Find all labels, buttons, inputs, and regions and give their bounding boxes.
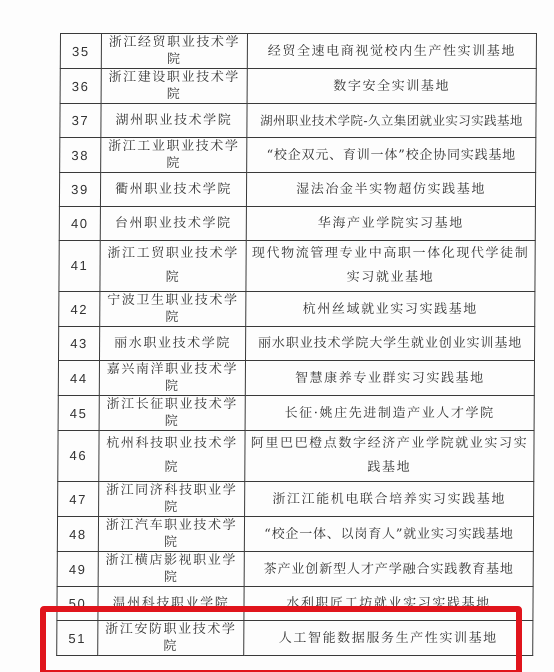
school-name: 衢州职业技术学院 — [100, 173, 246, 207]
row-number: 44 — [58, 361, 99, 396]
school-name: 湖州职业技术学院 — [101, 104, 247, 138]
base-name: 人工智能数据服务生产性实训基地 — [244, 621, 533, 656]
row-number: 36 — [60, 69, 101, 104]
school-name: 浙江安防职业技术学院 — [98, 621, 244, 656]
school-name: 浙江建设职业技术学院 — [101, 69, 247, 104]
base-name: 智慧康养专业群实习实践基地 — [245, 361, 534, 396]
row-number: 39 — [59, 173, 100, 207]
school-name: 台州职业技术学院 — [100, 207, 246, 241]
table-row: 37 湖州职业技术学院 湖州职业技术学院-久立集团就业实习实践基地 — [60, 104, 536, 138]
row-number: 49 — [57, 552, 98, 587]
row-number: 40 — [59, 207, 100, 241]
base-name: 长征·姚庄先进制造产业人才学院 — [245, 396, 534, 431]
base-name: 经贸全速电商视觉校内生产性实训基地 — [247, 34, 536, 69]
table-row: 45 浙江长征职业技术学院 长征·姚庄先进制造产业人才学院 — [58, 396, 534, 431]
row-number: 38 — [60, 138, 101, 173]
school-name: 浙江同济科技职业学院 — [99, 482, 245, 517]
table-row: 48 浙江汽车职业技术学院 “校企一体、以岗育人”就业实习实践基地 — [57, 517, 533, 552]
row-number: 35 — [60, 34, 101, 69]
school-name: 浙江经贸职业技术学院 — [101, 34, 247, 69]
table-row: 50 温州科技职业学院 水利职匠工坊就业实习实践基地 — [57, 587, 533, 621]
table-row: 40 台州职业技术学院 华海产业学院实习基地 — [59, 207, 535, 241]
row-number: 51 — [57, 621, 98, 656]
row-number: 47 — [58, 482, 99, 517]
base-name: 水利职匠工坊就业实习实践基地 — [244, 587, 533, 621]
row-number: 45 — [58, 396, 99, 431]
base-name: 丽水职业技术学院大学生就业创业实训基地 — [245, 327, 534, 361]
table-row: 43 丽水职业技术学院 丽水职业技术学院大学生就业创业实训基地 — [58, 327, 534, 361]
school-name: 浙江长征职业技术学院 — [99, 396, 245, 431]
school-name: 宁波卫生职业技术学院 — [100, 292, 246, 327]
base-name: 湿法冶金半实物超仿实践基地 — [246, 173, 535, 207]
table-row: 39 衢州职业技术学院 湿法冶金半实物超仿实践基地 — [59, 173, 535, 207]
row-number: 43 — [58, 327, 99, 361]
base-name: 数字安全实训基地 — [247, 69, 536, 104]
base-name: 湖州职业技术学院-久立集团就业实习实践基地 — [247, 104, 536, 138]
row-number: 37 — [60, 104, 101, 138]
table-row: 35 浙江经贸职业技术学院 经贸全速电商视觉校内生产性实训基地 — [60, 34, 536, 69]
school-name: 浙江工业职业技术学院 — [101, 138, 247, 173]
base-name: 阿里巴巴橙点数字经济产业学院就业实习实践基地 — [245, 431, 534, 482]
row-number: 42 — [59, 292, 100, 327]
school-name: 嘉兴南洋职业技术学院 — [99, 361, 245, 396]
row-number: 41 — [59, 241, 100, 292]
base-name: 华海产业学院实习基地 — [246, 207, 535, 241]
row-number: 50 — [57, 587, 98, 621]
school-name: 浙江汽车职业技术学院 — [98, 517, 244, 552]
table-row: 42 宁波卫生职业技术学院 杭州丝域就业实习实践基地 — [59, 292, 535, 327]
training-base-table: 35 浙江经贸职业技术学院 经贸全速电商视觉校内生产性实训基地 36 浙江建设职… — [56, 33, 537, 656]
base-name: 浙江江能机电联合培养实习实践基地 — [245, 482, 534, 517]
school-name: 温州科技职业学院 — [98, 587, 244, 621]
school-name: 丽水职业技术学院 — [99, 327, 245, 361]
table-row: 46 杭州科技职业技术学院 阿里巴巴橙点数字经济产业学院就业实习实践基地 — [58, 431, 534, 482]
table-row: 36 浙江建设职业技术学院 数字安全实训基地 — [60, 69, 536, 104]
table-row: 41 浙江工贸职业技术学院 现代物流管理专业中高职一体化现代学徒制实习就业基地 — [59, 241, 535, 292]
table-row: 49 浙江横店影视职业学院 茶产业创新型人才产学融合实践教育基地 — [57, 552, 533, 587]
school-name: 浙江工贸职业技术学院 — [100, 241, 246, 292]
row-number: 48 — [57, 517, 98, 552]
table-row: 44 嘉兴南洋职业技术学院 智慧康养专业群实习实践基地 — [58, 361, 534, 396]
school-name: 浙江横店影视职业学院 — [98, 552, 244, 587]
base-name: 杭州丝域就业实习实践基地 — [246, 292, 535, 327]
base-name: “校企双元、育训一体”校企协同实践基地 — [247, 138, 536, 173]
highlighted-table-row: 51 浙江安防职业技术学院 人工智能数据服务生产性实训基地 — [57, 621, 533, 656]
row-number: 46 — [58, 431, 99, 482]
document-page: 35 浙江经贸职业技术学院 经贸全速电商视觉校内生产性实训基地 36 浙江建设职… — [0, 0, 554, 672]
school-name: 杭州科技职业技术学院 — [99, 431, 245, 482]
table-row: 38 浙江工业职业技术学院 “校企双元、育训一体”校企协同实践基地 — [60, 138, 536, 173]
base-name: 现代物流管理专业中高职一体化现代学徒制实习就业基地 — [246, 241, 535, 292]
table-row: 47 浙江同济科技职业学院 浙江江能机电联合培养实习实践基地 — [58, 482, 534, 517]
base-name: “校企一体、以岗育人”就业实习实践基地 — [244, 517, 533, 552]
base-name: 茶产业创新型人才产学融合实践教育基地 — [244, 552, 533, 587]
